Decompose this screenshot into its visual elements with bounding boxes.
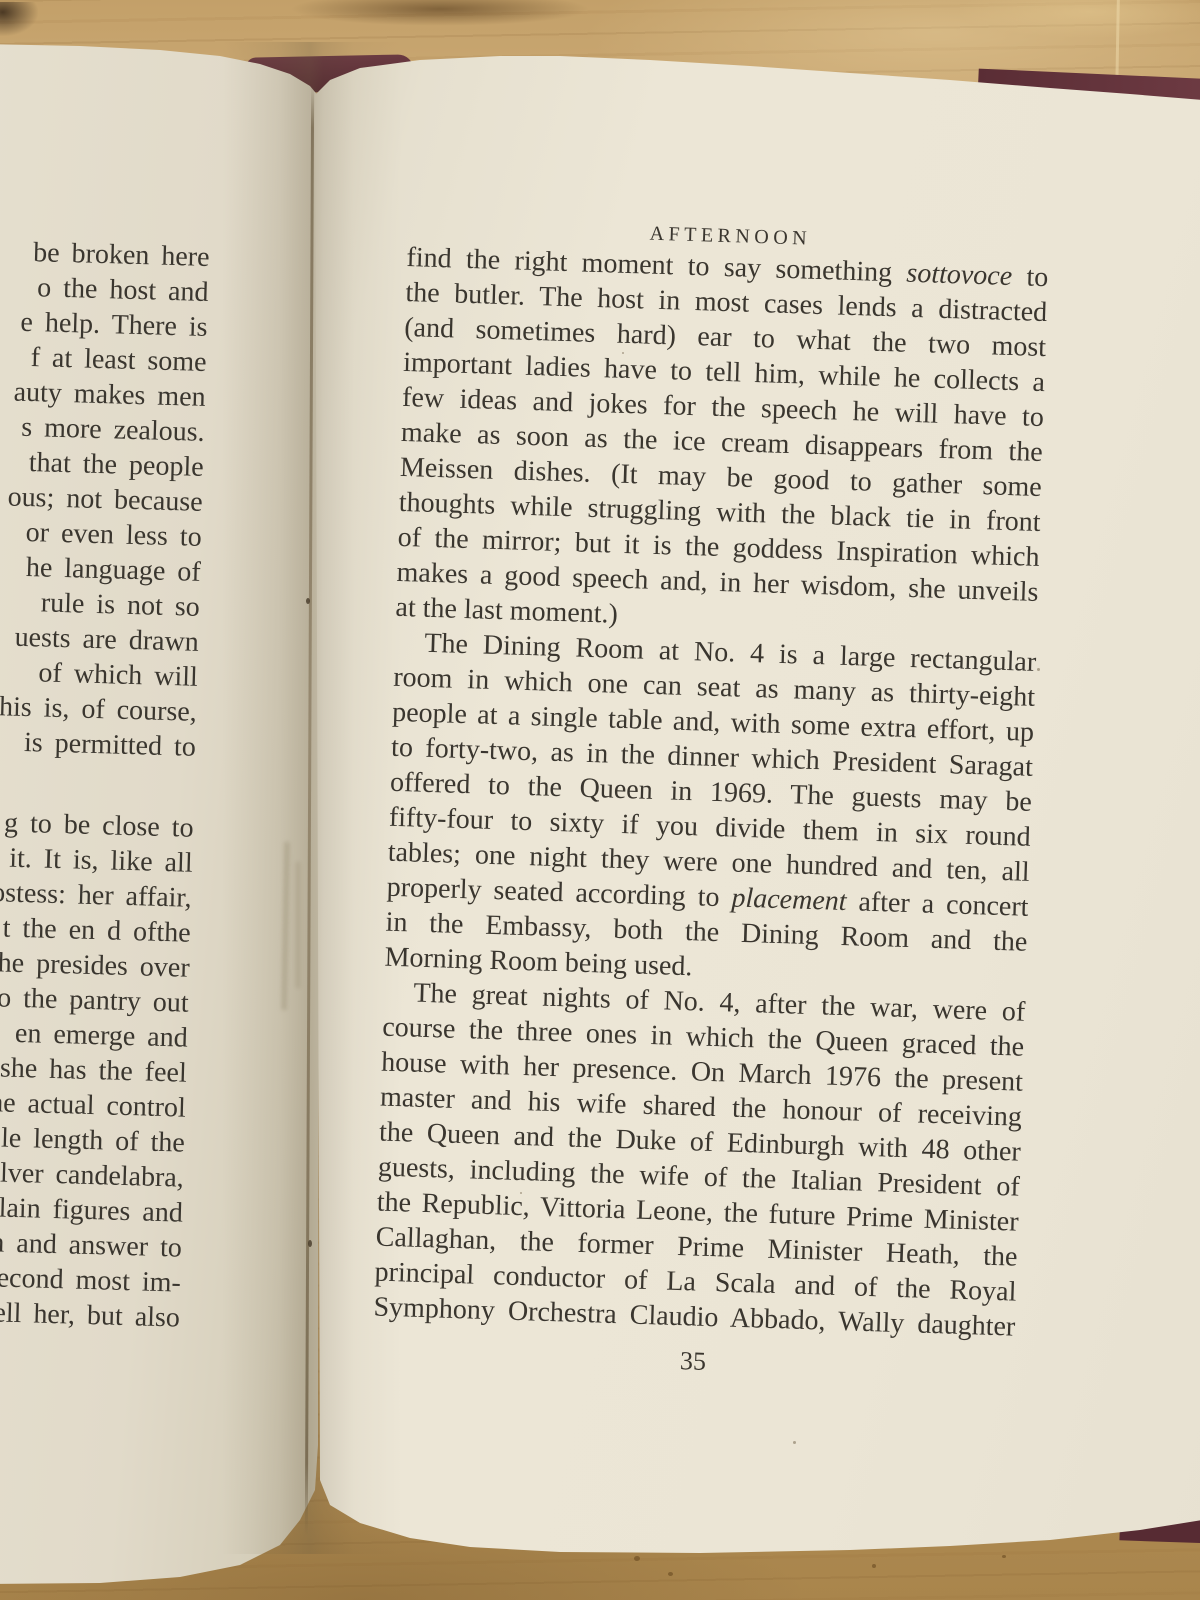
crease-nick <box>308 1240 312 1247</box>
wood-grain-highlight <box>960 0 1200 38</box>
crease-nick <box>306 598 310 604</box>
wood-knot <box>668 1572 673 1576</box>
wood-knot <box>872 1564 876 1568</box>
right-page-text-column: AFTERNOON find the right moment to say s… <box>372 212 1050 1387</box>
wood-knot <box>634 1556 640 1561</box>
left-page-text-column: be broken hereo the host ande help. Ther… <box>0 228 210 1335</box>
paper-smudge <box>296 862 300 988</box>
wood-grain-streak <box>290 0 590 26</box>
paper-speck <box>793 1441 796 1444</box>
paper-speck <box>1037 668 1040 671</box>
wood-knot <box>1002 1555 1006 1558</box>
body-text: find the right moment to say something s… <box>373 240 1049 1345</box>
shadow-corner <box>0 2 38 36</box>
